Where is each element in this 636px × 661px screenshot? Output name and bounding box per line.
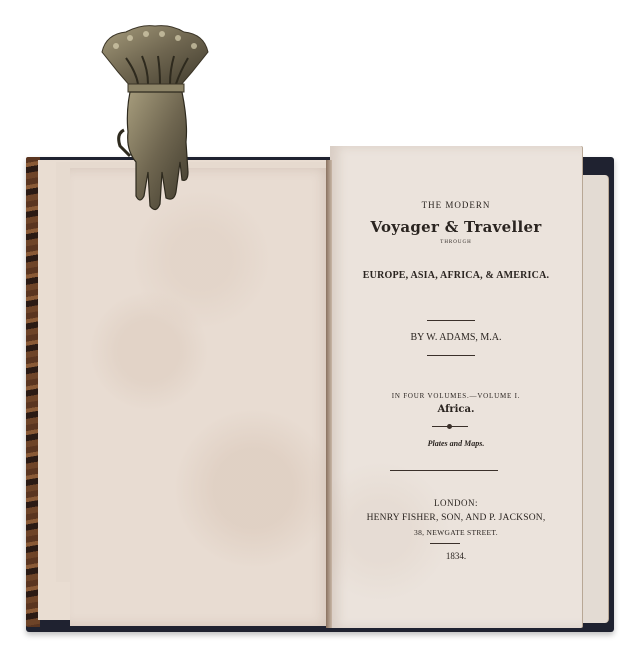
title-page: THE MODERN Voyager & Traveller THROUGH E… [330, 146, 582, 628]
imprint-address: 38, NEWGATE STREET. [330, 528, 582, 537]
divider-rule [427, 320, 475, 321]
title-through: THROUGH [330, 240, 582, 245]
volumes-line: IN FOUR VOLUMES.—VOLUME I. [330, 392, 582, 400]
hand-bookmark-clip-icon [96, 22, 214, 212]
ornament-dot [447, 424, 452, 429]
author-line: BY W. ADAMS, M.A. [330, 332, 582, 343]
divider-rule [427, 355, 475, 356]
volume-subject: Africa. [330, 404, 582, 415]
title-continents: EUROPE, ASIA, AFRICA, & AMERICA. [330, 270, 582, 281]
left-blank-page [70, 168, 332, 626]
divider-rule [390, 470, 498, 471]
book-photo: THE MODERN Voyager & Traveller THROUGH E… [0, 0, 636, 661]
book-title: Voyager & Traveller [330, 218, 582, 236]
imprint-year: 1834. [330, 551, 582, 561]
title-line-modern: THE MODERN [330, 200, 582, 210]
plates-line: Plates and Maps. [330, 439, 582, 448]
divider-rule [430, 543, 460, 544]
imprint-publisher: HENRY FISHER, SON, AND P. JACKSON, [330, 513, 582, 523]
imprint-city: LONDON: [330, 498, 582, 508]
